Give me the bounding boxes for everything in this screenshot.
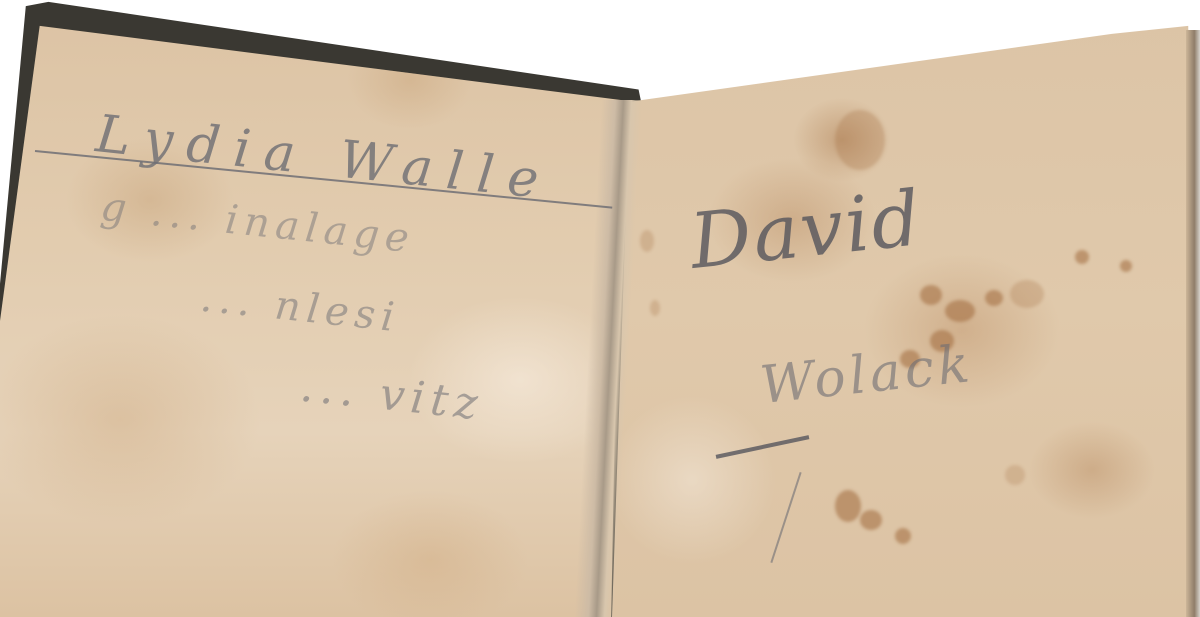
stain [1005, 465, 1025, 485]
stain [920, 285, 942, 305]
stain [860, 510, 882, 530]
stain [835, 110, 885, 170]
stain [650, 300, 660, 316]
stain [895, 528, 911, 544]
page-block-edge [1186, 30, 1200, 617]
stain [945, 300, 975, 322]
stain [835, 490, 861, 522]
stain [1075, 250, 1089, 264]
open-book-photo: Lydia Walle g ... inalage ... nlesi ... … [0, 0, 1200, 617]
stain [985, 290, 1003, 306]
stain [640, 230, 654, 252]
right-flyleaf [612, 0, 1200, 617]
stain [1120, 260, 1132, 272]
stain [1010, 280, 1044, 308]
